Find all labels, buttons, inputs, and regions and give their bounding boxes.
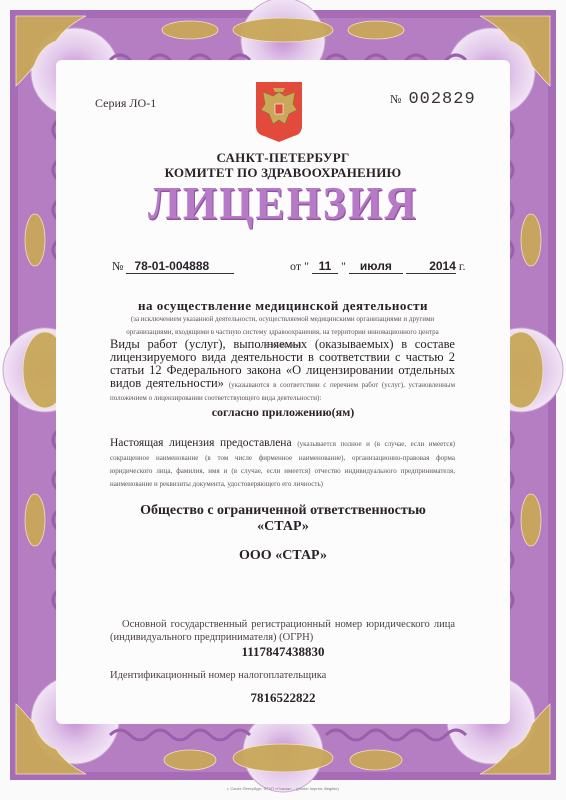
date-year: 2014 (406, 259, 456, 274)
date-prefix: от (290, 259, 301, 273)
ogrn-label: Основной государственный регистрационный… (110, 618, 455, 644)
granted-text: Настоящая лицензия предоставлена (110, 437, 292, 449)
serial-number: № 002829 (390, 90, 476, 109)
organization-short-name: ООО «СТАР» (0, 548, 566, 564)
printer-imprint: г. Санкт-Петербург, ФГУП «Гознак»... (pr… (0, 786, 566, 791)
serial-prefix: № (390, 92, 401, 106)
organization-full-name-line2: «СТАР» (0, 519, 566, 535)
inn-value: 7816522822 (0, 690, 566, 706)
russian-coat-of-arms-icon (254, 80, 304, 142)
date-suffix: г. (459, 259, 466, 273)
granted-paragraph: Настоящая лицензия предоставлена (указыв… (110, 436, 455, 489)
date-day: 11 (312, 259, 338, 274)
license-number-prefix: № (112, 259, 123, 273)
serial-digits: 002829 (408, 90, 475, 109)
series-label: Серия ЛО-1 (95, 96, 156, 111)
works-paragraph: Виды работ (услуг), выполняемых (оказыва… (110, 338, 455, 403)
license-number-line: № 78-01-004888 (112, 259, 234, 274)
inn-label: Идентификационный номер налогоплательщик… (110, 669, 455, 682)
license-date-line: от " 11 " июля 2014 г. (290, 259, 465, 274)
date-month: июля (349, 259, 403, 274)
activity-title: на осуществление медицинской деятельност… (0, 298, 566, 314)
organization-full-name-line1: Общество с ограниченной ответственностью (0, 503, 566, 519)
ogrn-value: 1117847438830 (0, 644, 566, 660)
license-number: 78-01-004888 (126, 259, 234, 274)
works-value: согласно приложению(ям) (0, 405, 566, 420)
issuer-city: САНКТ-ПЕТЕРБУРГ (0, 150, 566, 166)
document-title: ЛИЦЕНЗИЯ (0, 177, 566, 231)
